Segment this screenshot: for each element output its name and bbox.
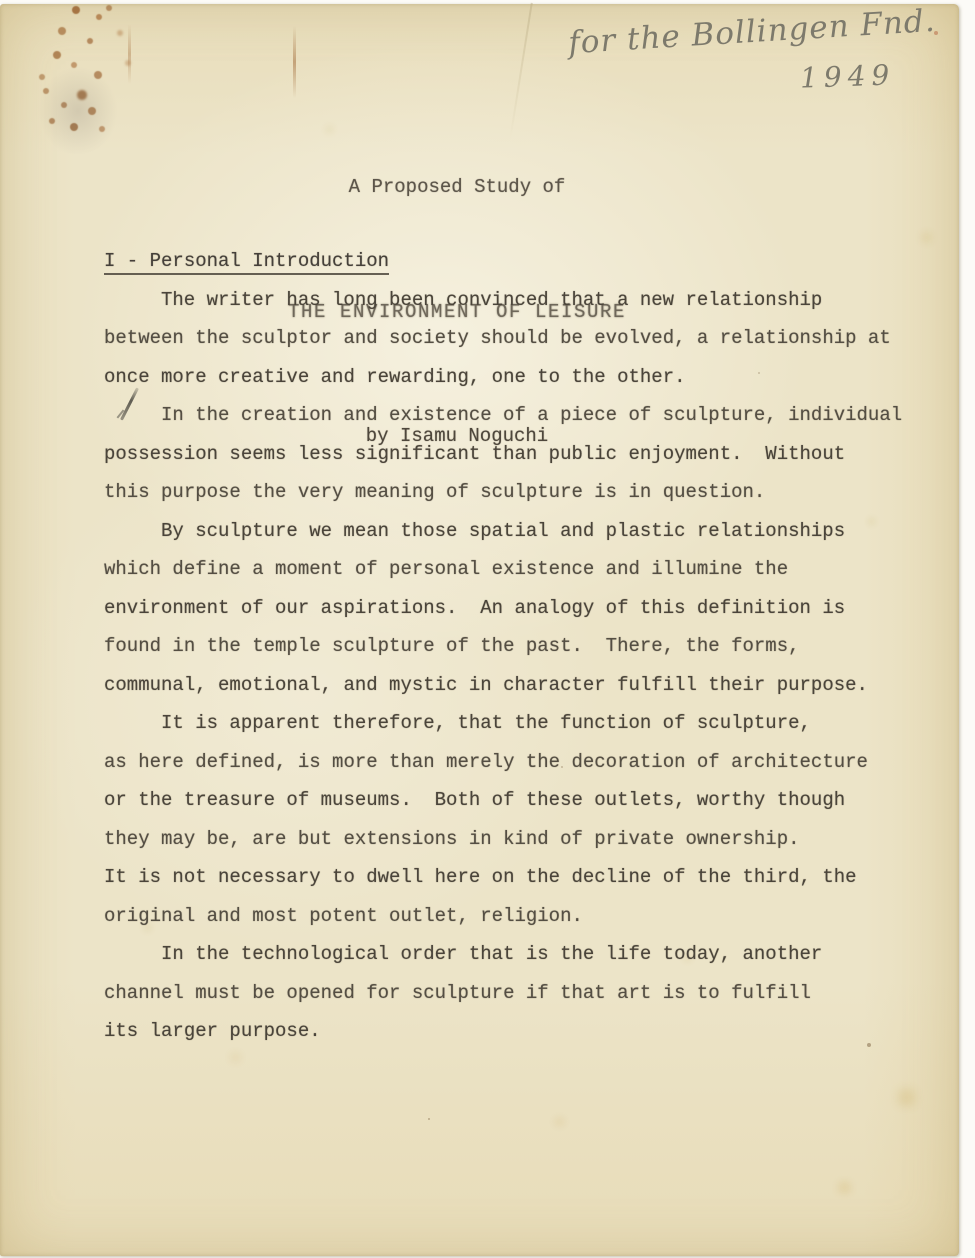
paragraph-5: In the technological order that is the l… xyxy=(104,935,920,1051)
typed-line: between the sculptor and society should … xyxy=(104,319,920,358)
section-heading-text: I - Personal Introduction xyxy=(104,250,389,275)
typed-line: found in the temple sculpture of the pas… xyxy=(104,627,920,666)
typed-line: In the technological order that is the l… xyxy=(104,935,920,974)
scanned-document: for the Bollingen Fnd. 1949 A Proposed S… xyxy=(0,0,975,1258)
rust-streak xyxy=(128,24,131,84)
typed-line: The writer has long been convinced that … xyxy=(104,281,920,320)
typed-line: they may be, are but extensions in kind … xyxy=(104,820,920,859)
typed-line: It is not necessary to dwell here on the… xyxy=(104,858,920,897)
typed-line: environment of our aspirations. An analo… xyxy=(104,589,920,628)
typed-line: possession seems less significant than p… xyxy=(104,435,920,474)
typed-line: this purpose the very meaning of sculptu… xyxy=(104,473,920,512)
paragraph-1: The writer has long been convinced that … xyxy=(104,281,920,397)
typed-line: which define a moment of personal existe… xyxy=(104,550,920,589)
typed-line: once more creative and rewarding, one to… xyxy=(104,358,920,397)
typed-line: original and most potent outlet, religio… xyxy=(104,897,920,936)
typed-line: or the treasure of museums. Both of thes… xyxy=(104,781,920,820)
document-body: I - Personal Introduction The writer has… xyxy=(104,242,920,1051)
typed-line: channel must be opened for sculpture if … xyxy=(104,974,920,1013)
handwritten-annotation: for the Bollingen Fnd. xyxy=(567,3,936,61)
paper-sheet: for the Bollingen Fnd. 1949 A Proposed S… xyxy=(0,4,959,1256)
ink-specks xyxy=(0,4,2,6)
section-heading: I - Personal Introduction xyxy=(104,242,920,281)
paragraph-2: In the creation and existence of a piece… xyxy=(104,396,920,512)
paragraph-3: By sculpture we mean those spatial and p… xyxy=(104,512,920,705)
typed-line: By sculpture we mean those spatial and p… xyxy=(104,512,920,551)
doc-title-line-1: A Proposed Study of xyxy=(0,167,914,209)
typed-line: It is apparent therefore, that the funct… xyxy=(104,704,920,743)
typed-line: communal, emotional, and mystic in chara… xyxy=(104,666,920,705)
typed-line: In the creation and existence of a piece… xyxy=(104,396,920,435)
paragraph-4: It is apparent therefore, that the funct… xyxy=(104,704,920,935)
typed-line: its larger purpose. xyxy=(104,1012,920,1051)
typed-line: as here defined, is more than merely the… xyxy=(104,743,920,782)
